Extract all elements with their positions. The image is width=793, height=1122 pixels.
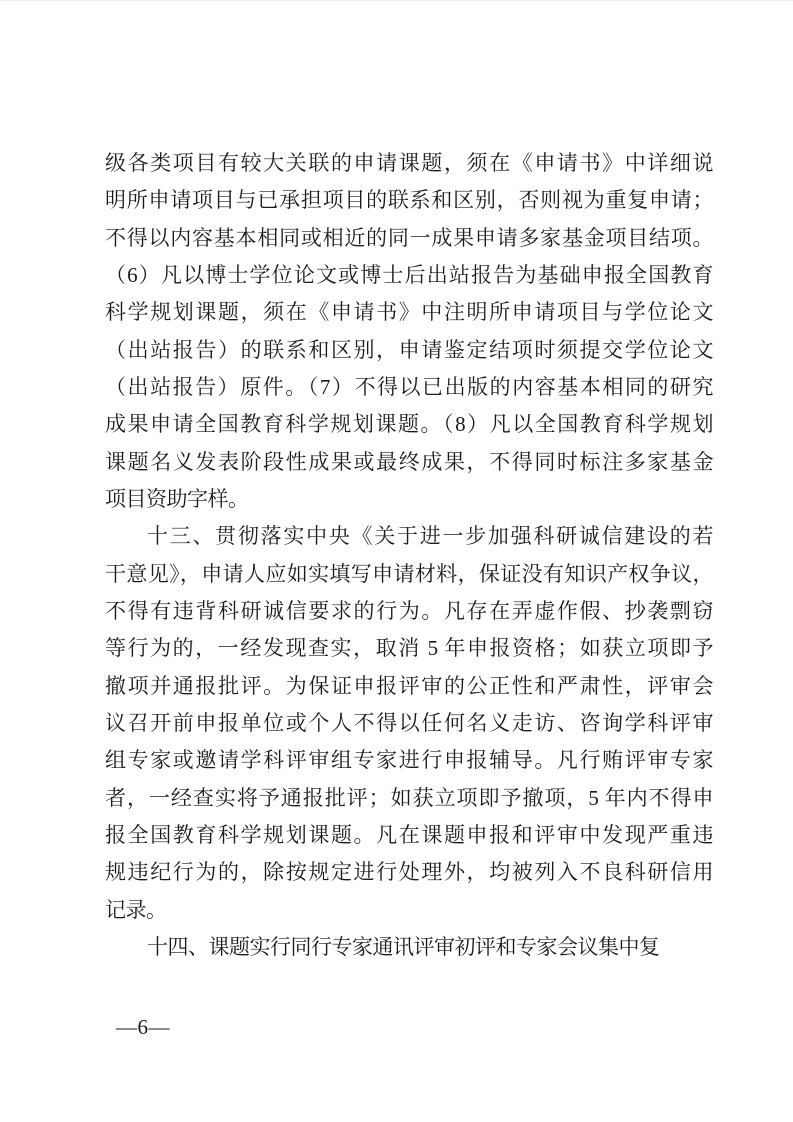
text-line: 报全国教育科学规划课题。凡在课题申报和评审中发现严重违 bbox=[105, 817, 713, 854]
text-line: （出站报告）的联系和区别，申请鉴定结项时须提交学位论文 bbox=[105, 332, 713, 369]
text-line: 项目资助字样。 bbox=[105, 481, 713, 518]
text-line: 级各类项目有较大关联的申请课题，须在《申请书》中详细说 bbox=[105, 145, 713, 182]
document-page: 级各类项目有较大关联的申请课题，须在《申请书》中详细说明所申请项目与已承担项目的… bbox=[0, 0, 793, 1122]
page-number: —6— bbox=[116, 1015, 170, 1039]
text-line: 干意见》，申请人应如实填写申请材料，保证没有知识产权争议， bbox=[105, 556, 713, 593]
document-body-text: 级各类项目有较大关联的申请课题，须在《申请书》中详细说明所申请项目与已承担项目的… bbox=[105, 145, 713, 966]
text-line: 课题名义发表阶段性成果或最终成果，不得同时标注多家基金 bbox=[105, 444, 713, 481]
text-line: 十三、贯彻落实中央《关于进一步加强科研诚信建设的若 bbox=[105, 518, 713, 555]
text-line: 撤项并通报批评。为保证申报评审的公正性和严肃性，评审会 bbox=[105, 668, 713, 705]
text-line: 等行为的，一经发现查实，取消 5 年申报资格；如获立项即予 bbox=[105, 630, 713, 667]
text-line: （6）凡以博士学位论文或博士后出站报告为基础申报全国教育 bbox=[105, 257, 713, 294]
text-line: （出站报告）原件。（7）不得以已出版的内容基本相同的研究 bbox=[105, 369, 713, 406]
text-line: 成果申请全国教育科学规划课题。（8）凡以全国教育科学规划 bbox=[105, 406, 713, 443]
text-line: 明所申请项目与已承担项目的联系和区别，否则视为重复申请； bbox=[105, 182, 713, 219]
text-line: 议召开前申报单位或个人不得以任何名义走访、咨询学科评审 bbox=[105, 705, 713, 742]
text-line: 不得有违背科研诚信要求的行为。凡存在弄虚作假、抄袭剽窃 bbox=[105, 593, 713, 630]
text-line: 记录。 bbox=[105, 892, 713, 929]
text-line: 不得以内容基本相同或相近的同一成果申请多家基金项目结项。 bbox=[105, 220, 713, 257]
text-line: 规违纪行为的，除按规定进行处理外，均被列入不良科研信用 bbox=[105, 854, 713, 891]
text-line: 组专家或邀请学科评审组专家进行申报辅导。凡行贿评审专家 bbox=[105, 742, 713, 779]
text-line: 者，一经查实将予通报批评；如获立项即予撤项，5 年内不得申 bbox=[105, 780, 713, 817]
text-line: 十四、课题实行同行专家通讯评审初评和专家会议集中复 bbox=[105, 929, 713, 966]
text-line: 科学规划课题，须在《申请书》中注明所申请项目与学位论文 bbox=[105, 294, 713, 331]
